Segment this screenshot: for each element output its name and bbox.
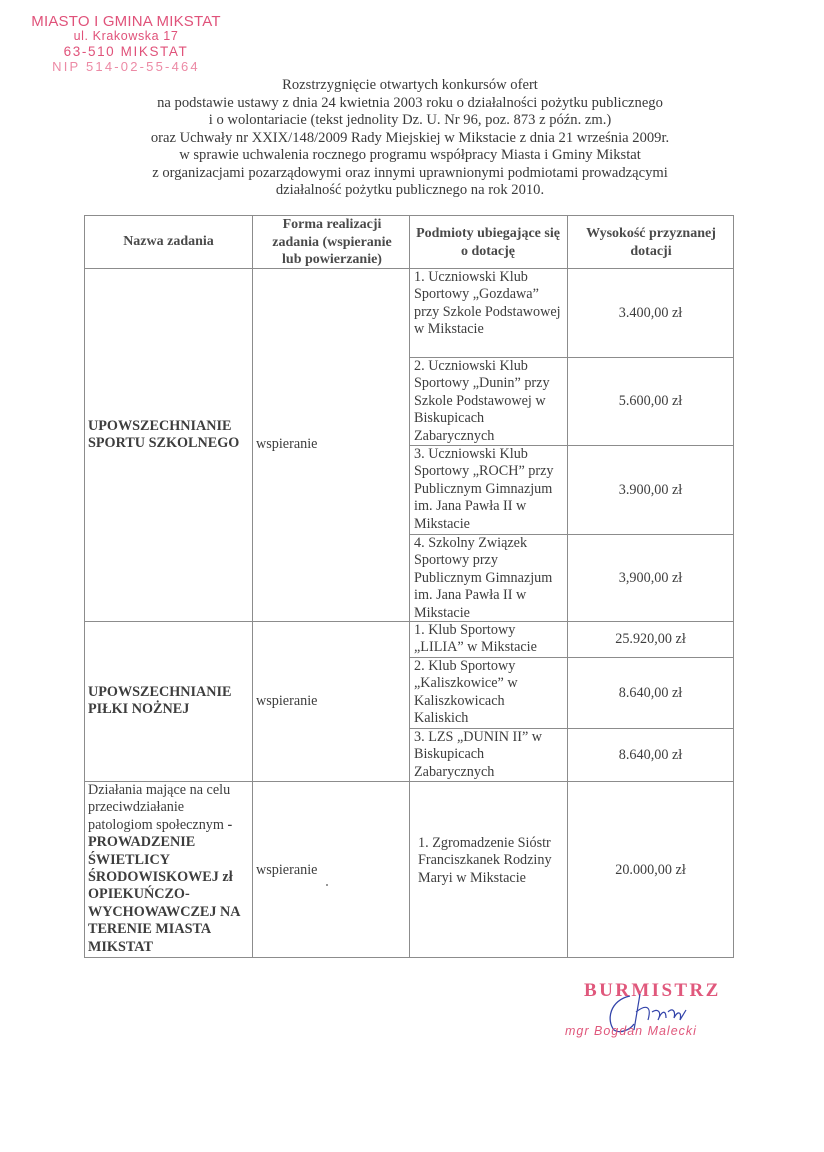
table-border: [84, 215, 85, 958]
task-form: wspieranie: [256, 693, 406, 710]
entity-name: 4. Szkolny Związek Sportowy przy Publicz…: [414, 535, 567, 622]
task-title: - PROWADZENIE ŚWIETLICY ŚRODOWISKOWEJ zł…: [88, 817, 240, 955]
column-header-form: Forma realizacji zadania (wspieranie lub…: [262, 216, 402, 269]
grant-amount: 8.640,00 zł: [568, 685, 733, 702]
entity-name: 2. Uczniowski Klub Sportowy „Dunin” przy…: [414, 358, 566, 445]
heading-line: z organizacjami pozarządowymi oraz innym…: [90, 165, 730, 183]
task-intro: Działania mające na celu przeciwdziałani…: [88, 782, 230, 833]
heading-line: działalność pożytku publicznego na rok 2…: [90, 182, 730, 200]
grant-amount: 8.640,00 zł: [568, 747, 733, 764]
heading-line: w sprawie uchwalenia rocznego programu w…: [90, 147, 730, 165]
column-header-task: Nazwa zadania: [86, 233, 251, 251]
heading-line: i o wolontariacie (tekst jednolity Dz. U…: [90, 112, 730, 130]
table-border: [84, 621, 734, 622]
address-stamp: MIASTO I GMINA MIKSTAT ul. Krakowska 17 …: [28, 14, 224, 74]
stamp-line-2: ul. Krakowska 17: [28, 29, 224, 44]
entity-name: 3. Uczniowski Klub Sportowy „ROCH” przy …: [414, 446, 564, 533]
task-name: Działania mające na celu przeciwdziałani…: [88, 782, 252, 956]
task-form: wspieranie: [256, 862, 406, 879]
column-header-amount: Wysokość przyznanej dotacji: [570, 225, 732, 260]
heading-line: na podstawie ustawy z dnia 24 kwietnia 2…: [90, 95, 730, 113]
heading-line: Rozstrzygnięcie otwartych konkursów ofer…: [90, 77, 730, 95]
grant-amount: 5.600,00 zł: [568, 393, 733, 410]
entity-name: 3. LZS „DUNIN II” w Biskupicach Zabarycz…: [414, 729, 544, 781]
grant-amount: 3,900,00 zł: [568, 570, 733, 587]
document-heading: Rozstrzygnięcie otwartych konkursów ofer…: [90, 77, 730, 200]
grant-amount: 20.000,00 zł: [568, 862, 733, 879]
entity-name: 2. Klub Sportowy „Kaliszkowice” w Kalisz…: [414, 658, 559, 728]
column-header-entities: Podmioty ubiegające się o dotację: [413, 225, 563, 260]
stamp-line-3: 63-510 MIKSTAT: [28, 44, 224, 59]
signature-name: mgr Bogdan Malecki: [565, 1024, 697, 1038]
table-border: [84, 957, 734, 958]
heading-line: oraz Uchwały nr XXIX/148/2009 Rady Miejs…: [90, 130, 730, 148]
stamp-line-4: NIP 514-02-55-464: [28, 59, 224, 74]
grant-amount: 3.900,00 zł: [568, 482, 733, 499]
grant-amount: 3.400,00 zł: [568, 305, 733, 322]
scan-speck: [326, 884, 328, 886]
entity-name: 1. Klub Sportowy „LILIA” w Mikstacie: [414, 622, 564, 657]
table-border: [409, 215, 410, 958]
table-border: [84, 268, 734, 269]
table-border: [733, 215, 734, 958]
table-border: [252, 215, 253, 958]
task-name: UPOWSZECHNIANIE SPORTU SZKOLNEGO: [88, 418, 253, 453]
stamp-line-1: MIASTO I GMINA MIKSTAT: [28, 14, 224, 29]
grant-amount: 25.920,00 zł: [568, 631, 733, 648]
task-form: wspieranie: [256, 436, 406, 453]
entity-name: 1. Uczniowski Klub Sportowy „Gozdawa” pr…: [414, 269, 564, 339]
table-border: [84, 215, 734, 216]
entity-name: 1. Zgromadzenie Sióstr Franciszkanek Rod…: [418, 835, 566, 887]
task-name: UPOWSZECHNIANIE PIŁKI NOŻNEJ: [88, 684, 253, 719]
